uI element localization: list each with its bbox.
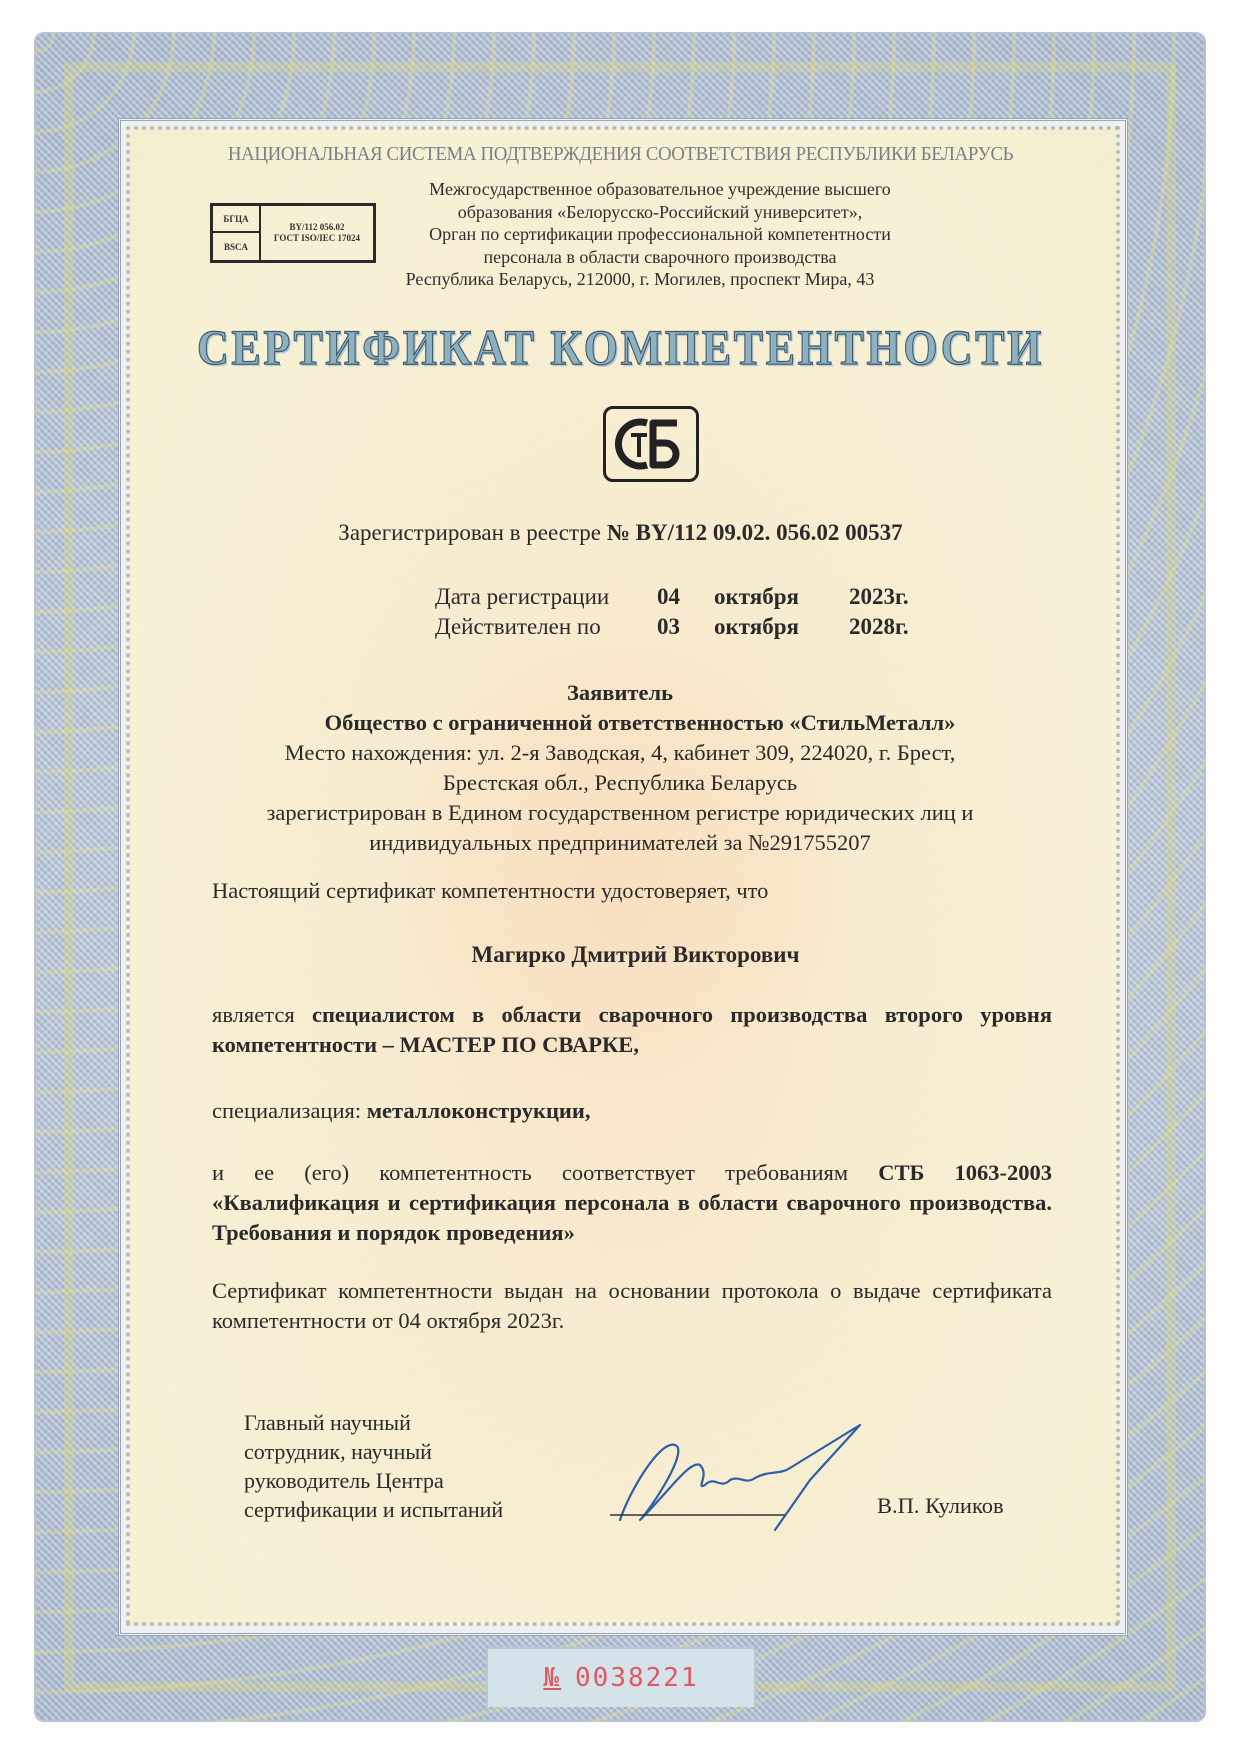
validity-dates: Дата регистрации 04 октября 2023г. Дейст… [435, 582, 909, 642]
number-sign: № [543, 1663, 561, 1693]
issuance-basis: Сертификат компетентности выдан на основ… [212, 1276, 1052, 1336]
registration-date-row: Дата регистрации 04 октября 2023г. [435, 582, 909, 612]
valid-until-row: Действителен по 03 октября 2028г. [435, 612, 909, 642]
registry-entry: Зарегистрирован в реестре № BY/112 09.02… [0, 520, 1241, 546]
certifies-statement: Настоящий сертификат компетентности удос… [212, 876, 1052, 906]
stamp-bgca: БГЦА [213, 206, 261, 233]
registry-number: № BY/112 09.02. 056.02 00537 [607, 520, 903, 545]
specialization: специализация: металлоконструкции, [212, 1096, 1052, 1126]
certified-person-name: Магирко Дмитрий Викторович [0, 942, 1241, 968]
accreditation-stamp: БГЦА BY/112 056.02 ГОСТ ISO/IEC 17024 BS… [210, 203, 376, 263]
applicant-company: Общество с ограниченной ответственностью… [180, 708, 1060, 738]
qualification-level: специалистом в области сварочного произв… [212, 1002, 1052, 1057]
serial-number: 0038221 [575, 1663, 699, 1693]
organization-address: Республика Беларусь, 212000, г. Могилев,… [270, 268, 1010, 291]
signatory-name: В.П. Куликов [877, 1493, 1004, 1519]
stamp-bsca: BSCA [213, 233, 261, 260]
issuing-organization: Межгосударственное образовательное учреж… [370, 178, 950, 291]
applicant-registration: зарегистрирован в Едином государственном… [180, 798, 1060, 828]
specialization-value: металлоконструкции, [367, 1098, 591, 1123]
applicant-heading: Заявитель [180, 678, 1060, 708]
stamp-accreditation-number: BY/112 056.02 ГОСТ ISO/IEC 17024 [261, 206, 373, 260]
national-system-header: НАЦИОНАЛЬНАЯ СИСТЕМА ПОДТВЕРЖДЕНИЯ СООТВ… [50, 143, 1192, 166]
serial-number-plate: № 0038221 [486, 1647, 756, 1707]
applicant-address: Место нахождения: ул. 2-я Заводская, 4, … [180, 738, 1060, 768]
compliance-statement: и ее (его) компетентность соответствует … [212, 1158, 1052, 1248]
qualification-statement: является специалистом в области сварочно… [212, 1000, 1052, 1060]
stb-mark-icon [603, 406, 699, 482]
certificate-title: СЕРТИФИКАТ КОМПЕТЕНТНОСТИ [74, 318, 1166, 376]
signatory-title: Главный научный сотрудник, научный руков… [244, 1408, 503, 1524]
applicant-block: Заявитель Общество с ограниченной ответс… [180, 678, 1060, 858]
